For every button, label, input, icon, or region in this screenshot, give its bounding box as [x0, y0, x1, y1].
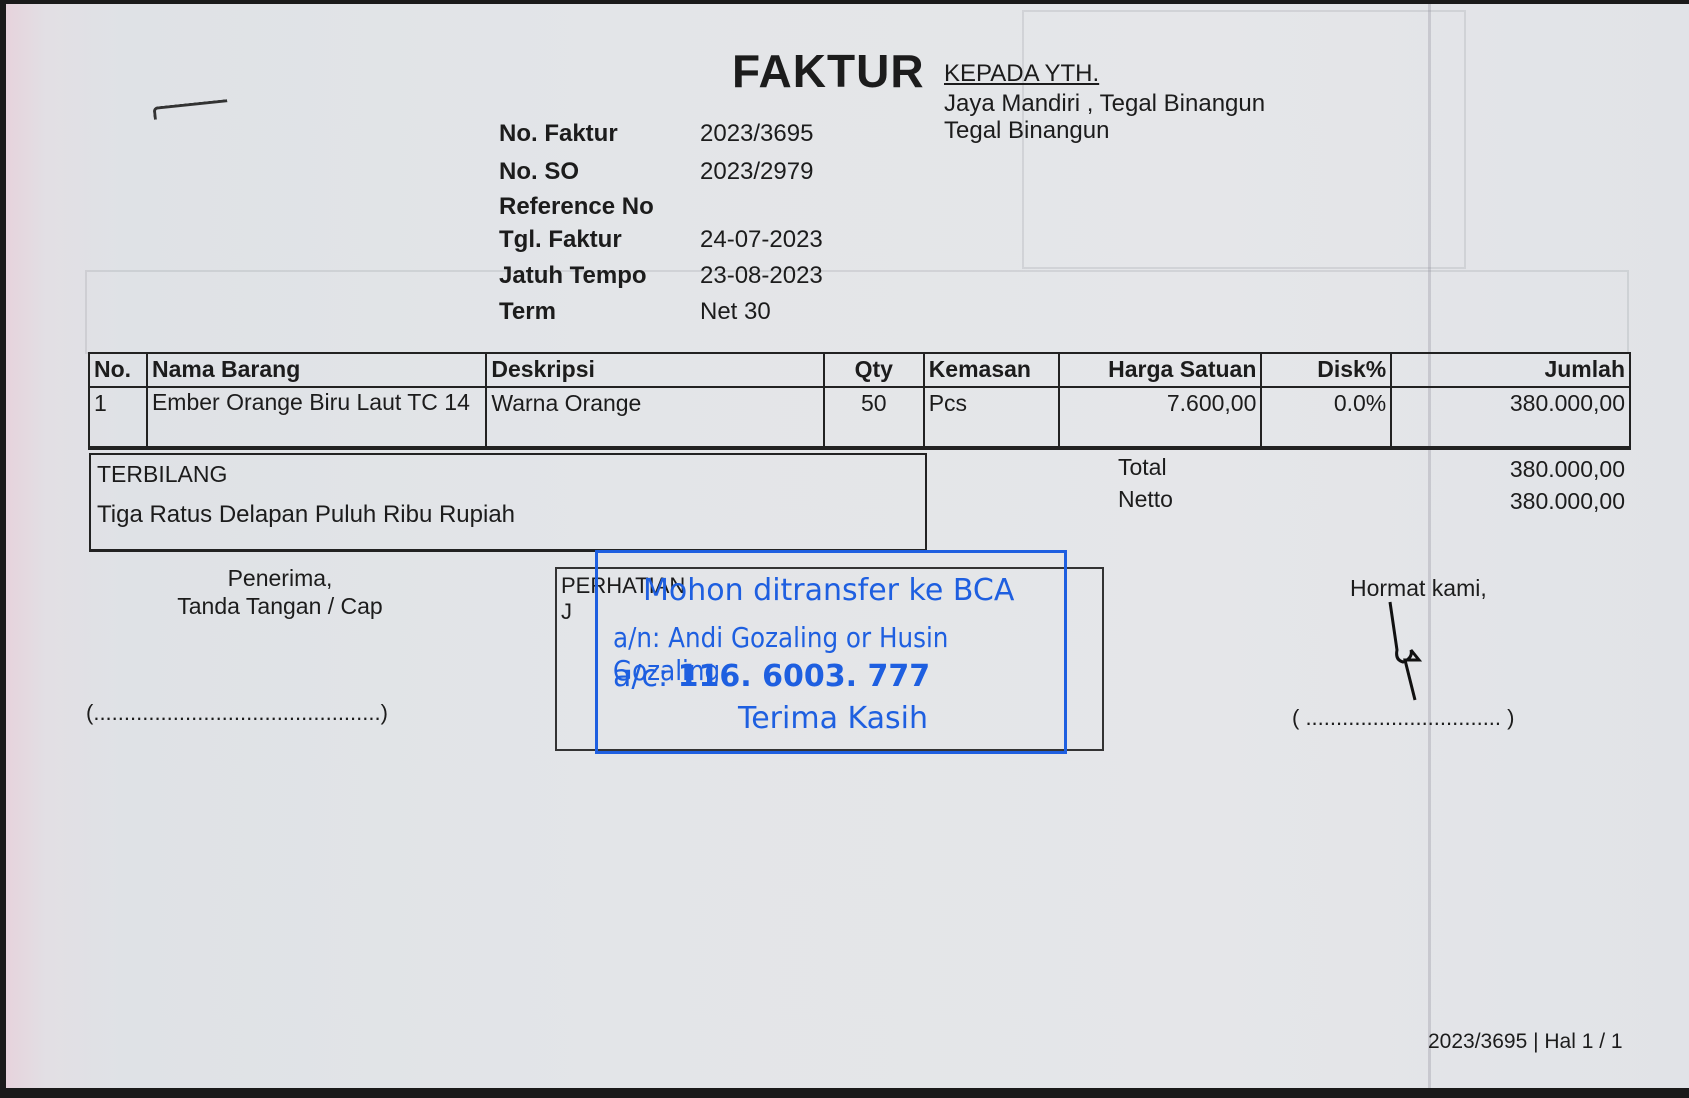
total-label: Total	[1118, 454, 1167, 481]
signature-mark	[1385, 600, 1435, 705]
perhatian-extra: J	[561, 599, 572, 624]
col-header-disk: Disk%	[1261, 353, 1391, 387]
recipient-line-2: Tegal Binangun	[944, 117, 1109, 145]
cell-qty: 50	[824, 387, 924, 448]
col-header-qty: Qty	[824, 353, 924, 387]
cell-harga-satuan: 7.600,00	[1059, 387, 1262, 448]
cell-jumlah: 380.000,00	[1391, 387, 1630, 448]
stamp-account-number: a/c: 116. 6003. 777	[613, 659, 930, 694]
stamp-ac-number: 116. 6003. 777	[678, 659, 930, 694]
paper-fold-line	[1428, 4, 1431, 1088]
hormat-signature-line: ( ................................ )	[1292, 705, 1514, 731]
items-table: No. Nama Barang Deskripsi Qty Kemasan Ha…	[88, 352, 1631, 450]
cell-no: 1	[89, 387, 147, 448]
total-value: 380.000,00	[1405, 456, 1625, 483]
page-footer: 2023/3695 | Hal 1 / 1	[1428, 1030, 1623, 1054]
stamp-ac-prefix: a/c:	[613, 659, 678, 694]
meta-label-reference-no: Reference No	[499, 193, 654, 221]
penerima-signature-line: (.......................................…	[86, 700, 388, 726]
terbilang-value: Tiga Ratus Delapan Puluh Ribu Rupiah	[97, 501, 515, 529]
meta-label-tgl-faktur: Tgl. Faktur	[499, 226, 622, 254]
cell-deskripsi: Warna Orange	[486, 387, 823, 448]
meta-label-no-so: No. SO	[499, 158, 579, 186]
col-header-kemasan: Kemasan	[924, 353, 1059, 387]
cell-kemasan: Pcs	[924, 387, 1059, 448]
meta-value-term: Net 30	[700, 298, 771, 326]
table-header-row: No. Nama Barang Deskripsi Qty Kemasan Ha…	[89, 353, 1630, 387]
meta-value-no-so: 2023/2979	[700, 158, 813, 186]
meta-label-no-faktur: No. Faktur	[499, 120, 618, 148]
document-title: FAKTUR	[732, 44, 925, 98]
penerima-label: Penerima,	[140, 565, 420, 592]
cell-nama-barang: Ember Orange Biru Laut TC 14	[147, 387, 486, 448]
recipient-label: KEPADA YTH.	[944, 60, 1099, 88]
col-header-no: No.	[89, 353, 147, 387]
col-header-deskripsi: Deskripsi	[486, 353, 823, 387]
penerima-sign-caption: Tanda Tangan / Cap	[140, 593, 420, 620]
ghost-table	[85, 270, 1629, 354]
netto-label: Netto	[1118, 486, 1173, 513]
stamp-thanks: Terima Kasih	[738, 701, 928, 736]
meta-value-jatuh-tempo: 23-08-2023	[700, 262, 823, 290]
terbilang-label: TERBILANG	[97, 461, 227, 488]
meta-label-term: Term	[499, 298, 556, 326]
meta-value-tgl-faktur: 24-07-2023	[700, 226, 823, 254]
netto-value: 380.000,00	[1405, 488, 1625, 515]
hormat-label: Hormat kami,	[1350, 575, 1487, 602]
col-header-nama-barang: Nama Barang	[147, 353, 486, 387]
col-header-jumlah: Jumlah	[1391, 353, 1630, 387]
table-row: 1 Ember Orange Biru Laut TC 14 Warna Ora…	[89, 387, 1630, 448]
recipient-line-1: Jaya Mandiri , Tegal Binangun	[944, 90, 1265, 118]
cell-disk: 0.0%	[1261, 387, 1391, 448]
bank-transfer-stamp: Mohon ditransfer ke BCA a/n: Andi Gozali…	[595, 550, 1067, 754]
meta-label-jatuh-tempo: Jatuh Tempo	[499, 262, 647, 290]
terbilang-box: TERBILANG Tiga Ratus Delapan Puluh Ribu …	[89, 453, 927, 552]
meta-value-no-faktur: 2023/3695	[700, 120, 813, 148]
col-header-harga-satuan: Harga Satuan	[1059, 353, 1262, 387]
stamp-line-1: Mohon ditransfer ke BCA	[643, 573, 1014, 608]
